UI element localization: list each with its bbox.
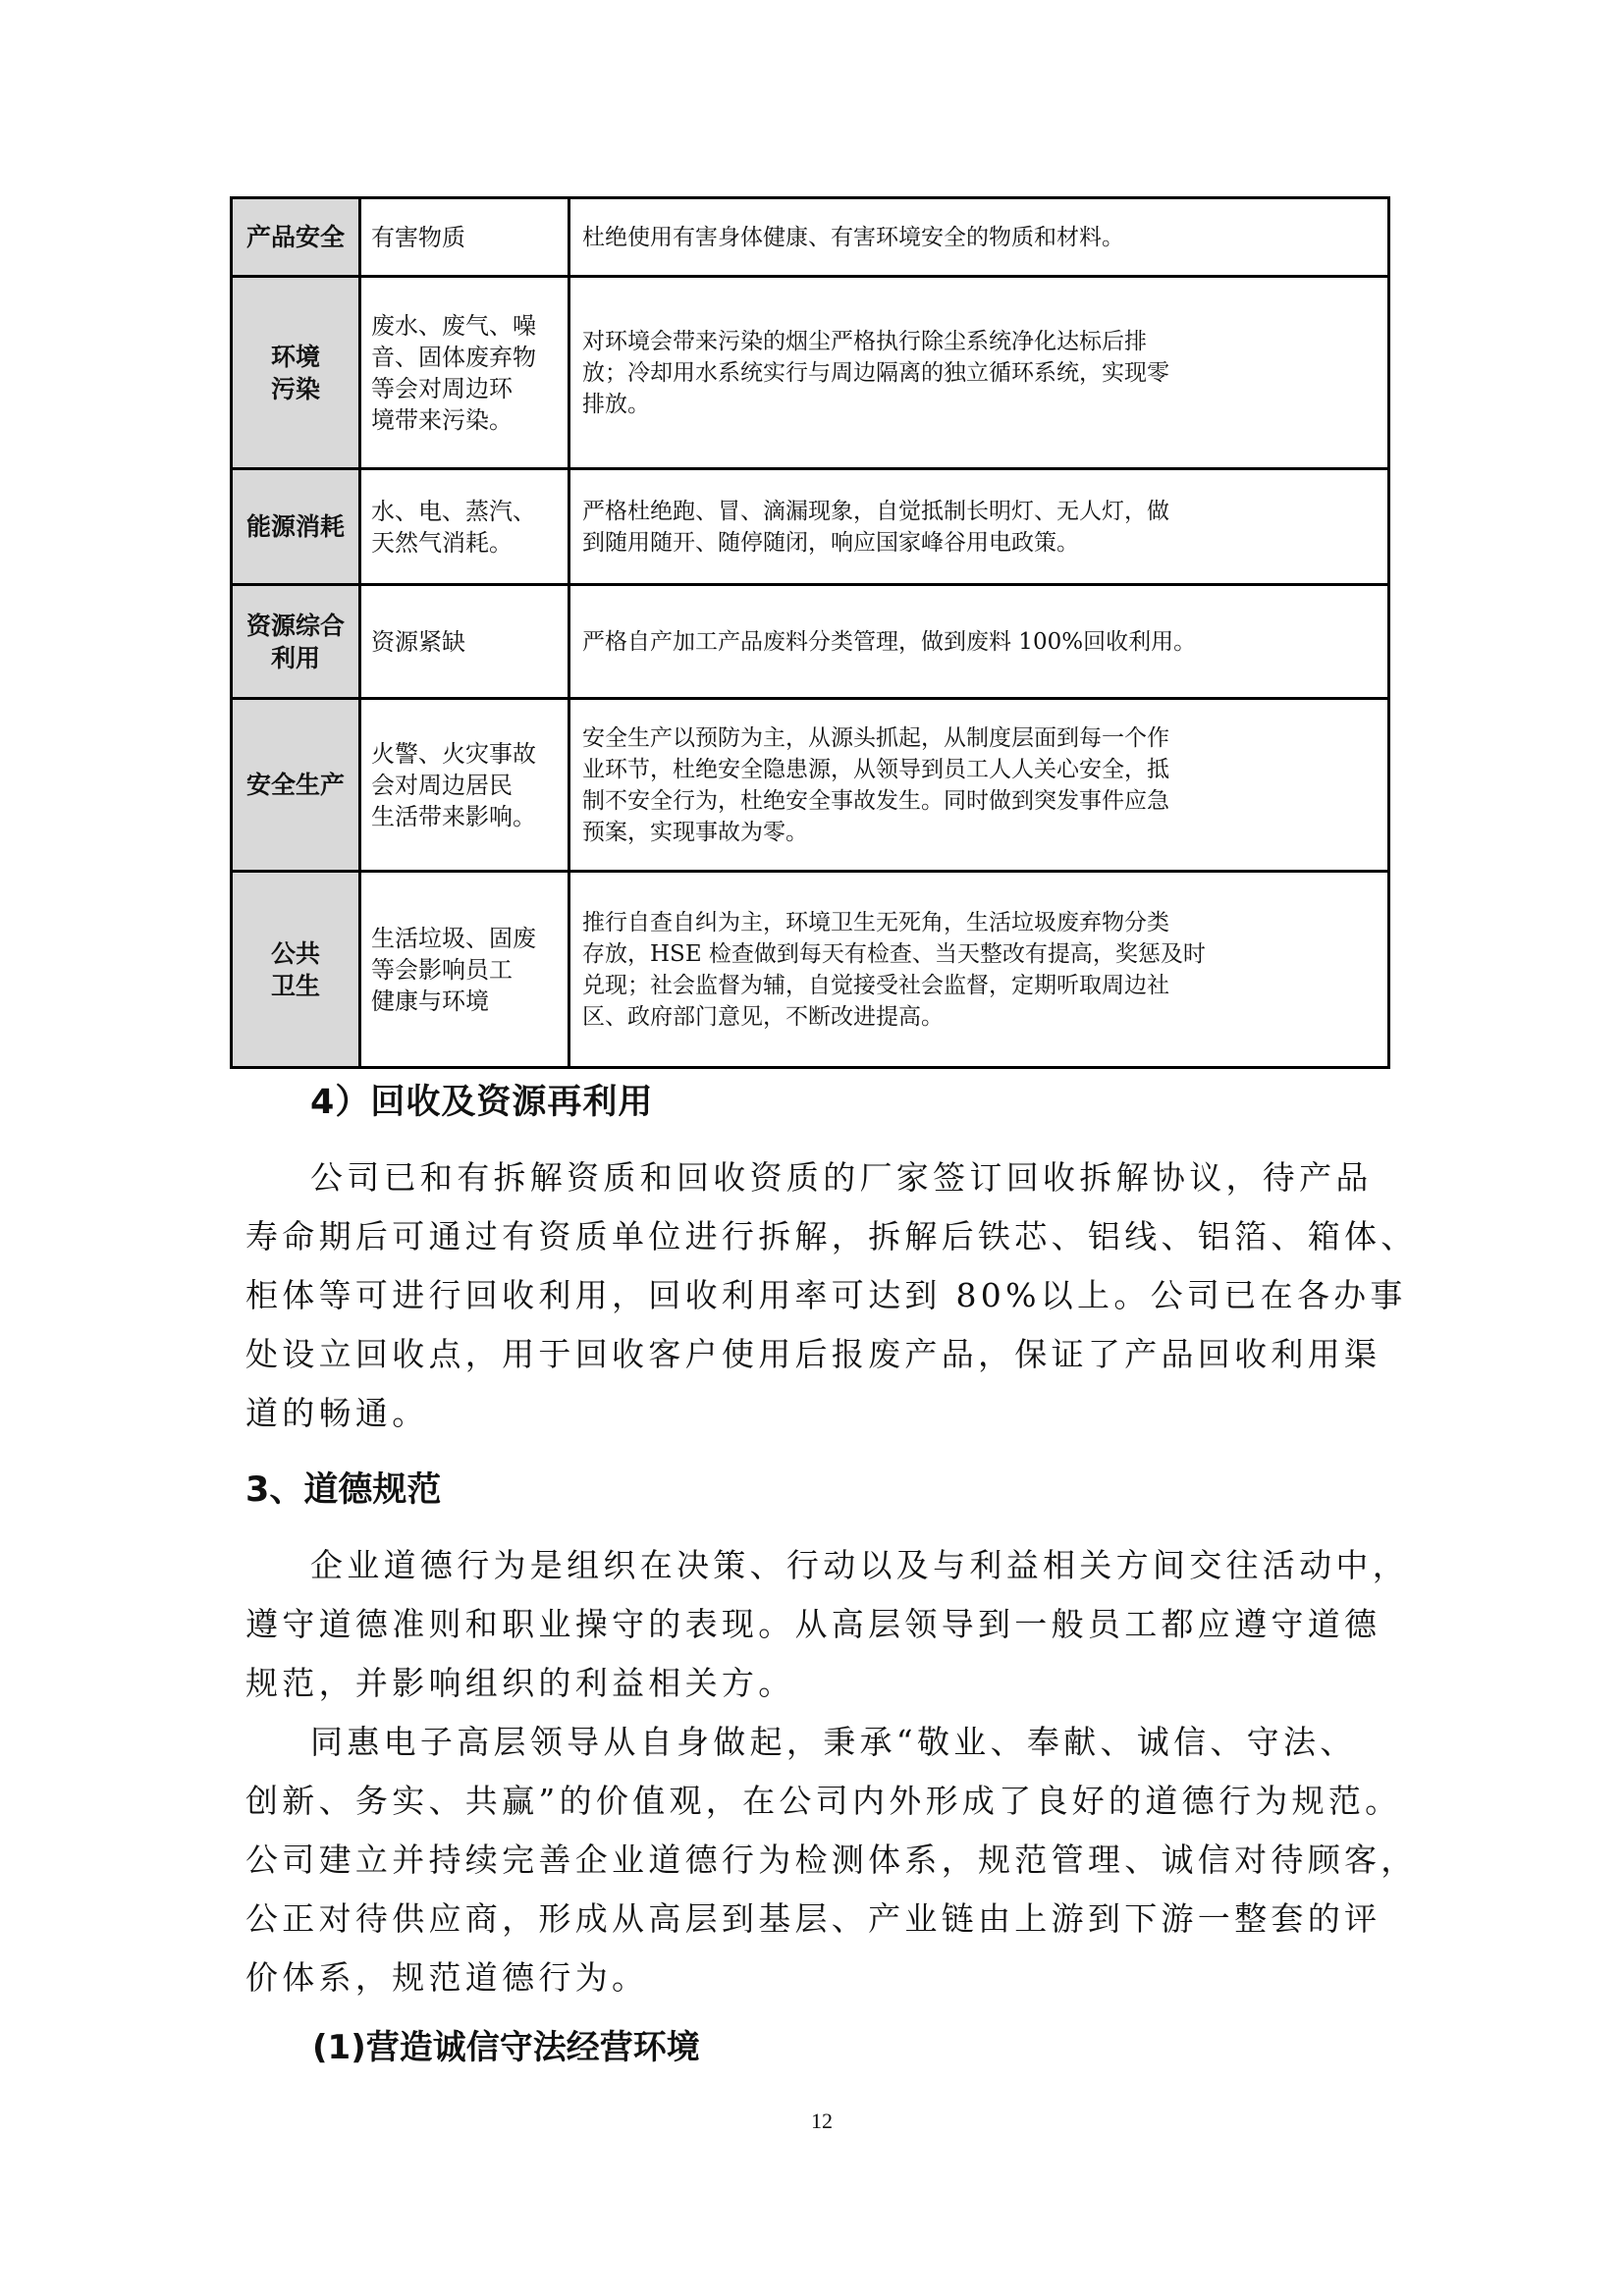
table-row: 公共卫生生活垃圾、固废等会影响员工健康与环境推行自查自纠为主，环境卫生无死角，生…	[232, 872, 1389, 1068]
table-row: 资源综合利用资源紧缺严格自产加工产品废料分类管理，做到废料 100%回收利用。	[232, 585, 1389, 699]
page-number: 12	[811, 2109, 833, 2134]
issue-cell: 资源紧缺	[360, 585, 569, 699]
cell-text: 业环节，杜绝安全隐患源，从领导到员工人人关心安全，抵	[582, 754, 1378, 785]
cell-text: 音、固体废弃物	[371, 342, 558, 373]
category-cell: 资源综合利用	[232, 585, 360, 699]
cell-text: 环境	[233, 341, 358, 373]
cell-text: 能源消耗	[233, 510, 358, 543]
cell-text: 火警、火灾事故	[371, 738, 558, 770]
cell-text: 废水、废气、噪	[371, 310, 558, 342]
measure-cell: 安全生产以预防为主，从源头抓起，从制度层面到每一个作业环节，杜绝安全隐患源，从领…	[569, 699, 1389, 872]
cell-text: 到随用随开、随停随闭，响应国家峰谷用电政策。	[582, 527, 1378, 559]
cell-text: 安全生产	[233, 769, 358, 801]
cell-text: 兑现；社会监督为辅，自觉接受社会监督，定期听取周边社	[582, 970, 1378, 1001]
cell-text: 等会影响员工	[371, 954, 558, 986]
cell-text: 安全生产以预防为主，从源头抓起，从制度层面到每一个作	[582, 722, 1378, 754]
table-row: 环境污染废水、废气、噪音、固体废弃物等会对周边环境带来污染。对环境会带来污染的烟…	[232, 277, 1389, 469]
cell-text: 放；冷却用水系统实行与周边隔离的独立循环系统，实现零	[582, 357, 1378, 389]
category-cell: 公共卫生	[232, 872, 360, 1068]
cell-text: 严格杜绝跑、冒、滴漏现象，自觉抵制长明灯、无人灯，做	[582, 496, 1378, 527]
cell-text: 水、电、蒸汽、	[371, 496, 558, 527]
cell-text: 污染	[233, 373, 358, 405]
text-line: 同惠电子高层领导从自身做起，秉承“敬业、奉献、诚信、守法、	[245, 1713, 1434, 1772]
cell-text: 境带来污染。	[371, 404, 558, 436]
measure-cell: 严格自产加工产品废料分类管理，做到废料 100%回收利用。	[569, 585, 1389, 699]
text-line: 柜体等可进行回收利用，回收利用率可达到 80%以上。公司已在各办事	[245, 1266, 1434, 1325]
category-cell: 能源消耗	[232, 469, 360, 585]
issue-cell: 有害物质	[360, 198, 569, 277]
issue-cell: 生活垃圾、固废等会影响员工健康与环境	[360, 872, 569, 1068]
text-line: 公正对待供应商，形成从高层到基层、产业链由上游到下游一整套的评	[245, 1890, 1434, 1949]
document-page: 产品安全有害物质杜绝使用有害身体健康、有害环境安全的物质和材料。环境污染废水、废…	[0, 0, 1624, 2296]
subheading-integrity: (1)营造诚信守法经营环境	[312, 2020, 700, 2068]
table-row: 产品安全有害物质杜绝使用有害身体健康、有害环境安全的物质和材料。	[232, 198, 1389, 277]
table-row: 能源消耗水、电、蒸汽、天然气消耗。严格杜绝跑、冒、滴漏现象，自觉抵制长明灯、无人…	[232, 469, 1389, 585]
heading-ethics: 3、道德规范	[245, 1463, 441, 1512]
heading-recycle: 4）回收及资源再利用	[310, 1075, 653, 1124]
cell-text: 杜绝使用有害身体健康、有害环境安全的物质和材料。	[582, 222, 1378, 253]
cell-text: 健康与环境	[371, 986, 558, 1017]
cell-text: 资源综合	[233, 610, 358, 642]
text-line: 规范，并影响组织的利益相关方。	[245, 1654, 1434, 1713]
issue-cell: 废水、废气、噪音、固体废弃物等会对周边环境带来污染。	[360, 277, 569, 469]
cell-text: 生活带来影响。	[371, 801, 558, 832]
cell-text: 资源紧缺	[371, 626, 558, 658]
category-cell: 环境污染	[232, 277, 360, 469]
cell-text: 公共	[233, 937, 358, 970]
measure-cell: 严格杜绝跑、冒、滴漏现象，自觉抵制长明灯、无人灯，做到随用随开、随停随闭，响应国…	[569, 469, 1389, 585]
cell-text: 推行自查自纠为主，环境卫生无死角，生活垃圾废弃物分类	[582, 907, 1378, 938]
paragraph-ethics-2: 同惠电子高层领导从自身做起，秉承“敬业、奉献、诚信、守法、 创新、务实、共赢”的…	[245, 1713, 1434, 2007]
paragraph-recycle: 公司已和有拆解资质和回收资质的厂家签订回收拆解协议，待产品 寿命期后可通过有资质…	[245, 1148, 1434, 1443]
risk-control-table: 产品安全有害物质杜绝使用有害身体健康、有害环境安全的物质和材料。环境污染废水、废…	[230, 196, 1390, 1069]
category-cell: 安全生产	[232, 699, 360, 872]
cell-text: 严格自产加工产品废料分类管理，做到废料 100%回收利用。	[582, 626, 1378, 658]
cell-text: 会对周边居民	[371, 770, 558, 801]
cell-text: 生活垃圾、固废	[371, 923, 558, 954]
measure-cell: 推行自查自纠为主，环境卫生无死角，生活垃圾废弃物分类存放，HSE 检查做到每天有…	[569, 872, 1389, 1068]
cell-text: 有害物质	[371, 222, 558, 253]
text-line: 遵守道德准则和职业操守的表现。从高层领导到一般员工都应遵守道德	[245, 1595, 1434, 1654]
text-line: 处设立回收点，用于回收客户使用后报废产品，保证了产品回收利用渠	[245, 1325, 1434, 1384]
cell-text: 排放。	[582, 389, 1378, 420]
text-line: 公司建立并持续完善企业道德行为检测体系，规范管理、诚信对待顾客，	[245, 1831, 1434, 1890]
cell-text: 天然气消耗。	[371, 527, 558, 559]
cell-text: 存放，HSE 检查做到每天有检查、当天整改有提高，奖惩及时	[582, 938, 1378, 970]
cell-text: 制不安全行为，杜绝安全事故发生。同时做到突发事件应急	[582, 785, 1378, 817]
text-line: 价体系，规范道德行为。	[245, 1949, 1434, 2007]
cell-text: 产品安全	[233, 221, 358, 253]
text-line: 道的畅通。	[245, 1384, 1434, 1443]
cell-text: 等会对周边环	[371, 373, 558, 404]
measure-cell: 杜绝使用有害身体健康、有害环境安全的物质和材料。	[569, 198, 1389, 277]
cell-text: 卫生	[233, 970, 358, 1002]
cell-text: 预案，实现事故为零。	[582, 817, 1378, 848]
cell-text: 对环境会带来污染的烟尘严格执行除尘系统净化达标后排	[582, 326, 1378, 357]
category-cell: 产品安全	[232, 198, 360, 277]
text-line: 创新、务实、共赢”的价值观，在公司内外形成了良好的道德行为规范。	[245, 1772, 1434, 1831]
cell-text: 利用	[233, 642, 358, 674]
text-line: 公司已和有拆解资质和回收资质的厂家签订回收拆解协议，待产品	[245, 1148, 1434, 1207]
paragraph-ethics-1: 企业道德行为是组织在决策、行动以及与利益相关方间交往活动中， 遵守道德准则和职业…	[245, 1536, 1434, 1713]
text-line: 寿命期后可通过有资质单位进行拆解，拆解后铁芯、铝线、铝箔、箱体、	[245, 1207, 1434, 1266]
issue-cell: 火警、火灾事故会对周边居民生活带来影响。	[360, 699, 569, 872]
issue-cell: 水、电、蒸汽、天然气消耗。	[360, 469, 569, 585]
cell-text: 区、政府部门意见，不断改进提高。	[582, 1001, 1378, 1033]
measure-cell: 对环境会带来污染的烟尘严格执行除尘系统净化达标后排放；冷却用水系统实行与周边隔离…	[569, 277, 1389, 469]
table-row: 安全生产火警、火灾事故会对周边居民生活带来影响。安全生产以预防为主，从源头抓起，…	[232, 699, 1389, 872]
text-line: 企业道德行为是组织在决策、行动以及与利益相关方间交往活动中，	[245, 1536, 1434, 1595]
